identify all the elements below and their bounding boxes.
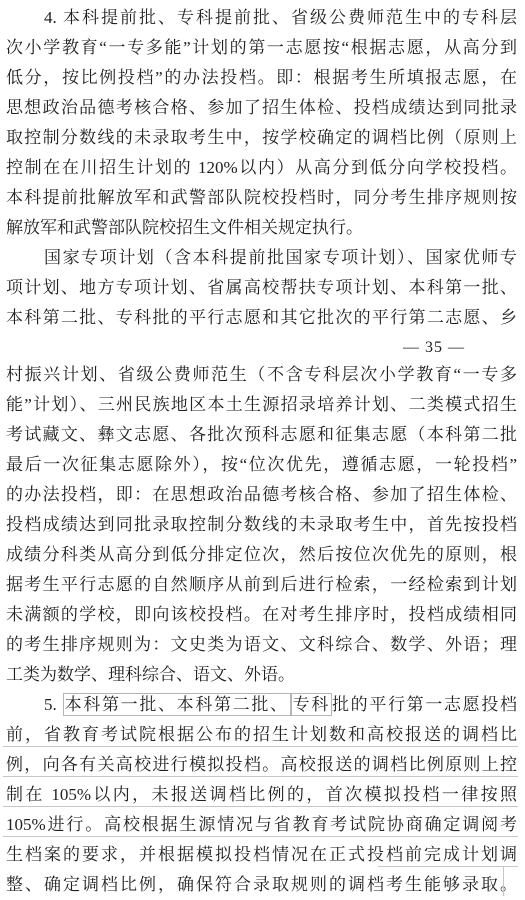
text-line: 成绩分科类从高分到低分排定位次，然后按位次优先的原则，根 xyxy=(6,540,517,570)
page-36-text-block: 村振兴计划、省级公费师范生（不含专科层次小学教育“一专多能”计划）、三州民族地区… xyxy=(6,360,517,900)
text-segment: 批的平行第一志愿投档 xyxy=(332,695,517,714)
text-line: 例，向各有关高校进行模拟投档。高校报送的调档比例原则上控 xyxy=(6,750,517,780)
text-line: 的办法投档，即：在思想政治品德考核合格、参加了招生体检、 xyxy=(6,480,517,510)
text-line: 最后一次征集志愿除外），按“位次优先，遵循志愿，一轮投档” xyxy=(6,450,517,480)
text-line: 投档成绩达到同批录取控制分数线的未录取考生中，首先按投档 xyxy=(6,510,517,540)
text-line: 4. 本科提前批、专科提前批、省级公费师范生中的专科层 xyxy=(6,3,517,33)
text-line: 105%进行。高校根据生源情况与省教育考试院协商确定调阅考 xyxy=(6,810,517,840)
text-line: 国家专项计划（含本科提前批国家专项计划）、国家优师专 xyxy=(6,243,517,273)
text-line: 次小学教育“一专多能”计划的第一志愿按“根据志愿，从高分到 xyxy=(6,33,517,63)
text-line: 制在 105%以内，未报送调档比例的，首次模拟投档一律按照 xyxy=(6,780,517,810)
text-line: 思想政治品德考核合格、参加了招生体检、投档成绩达到同批录 xyxy=(6,93,517,123)
text-line: 控制在在川招生计划的 120%以内）从高分到低分向学校投档。 xyxy=(6,153,517,183)
text-line: 考试藏文、彝文志愿、各批次预科志愿和征集志愿（本科第二批 xyxy=(6,420,517,450)
text-segment: 5. xyxy=(44,695,63,714)
text-line: 未满额的学校，即向该校投档。在对考生排序时，投档成绩相同 xyxy=(6,600,517,630)
text-line: 前，省教育考试院根据公布的招生计划数和高校报送的调档比 xyxy=(6,720,517,750)
highlight-box: 本科第一批、本科第二批、 xyxy=(63,693,291,716)
text-line: 取控制分数线的未录取考生中，按学校确定的调档比例（原则上 xyxy=(6,123,517,153)
text-line: 解放军和武警部队院校招生文件相关规定执行。 xyxy=(6,213,517,243)
text-line: 工类为数学、理科综合、语文、外语。 xyxy=(6,660,517,690)
text-line: 的考生排序规则为：文史类为语文、文科综合、数学、外语；理 xyxy=(6,630,517,660)
highlight-box: 专科 xyxy=(291,693,332,716)
page-35-text-block: 4. 本科提前批、专科提前批、省级公费师范生中的专科层次小学教育“一专多能”计划… xyxy=(6,3,517,333)
text-line: 5. 本科第一批、本科第二批、专科批的平行第一志愿投档 xyxy=(6,690,517,720)
text-line: 本科提前批解放军和武警部队院校投档时，同分考生排序规则按 xyxy=(6,183,517,213)
text-line: 低分，按比例投档”的办法投档。即：根据考生所填报志愿，在 xyxy=(6,63,517,93)
text-line: 据考生平行志愿的自然顺序从前到后进行检索，一经检索到计划 xyxy=(6,570,517,600)
text-line: 整、确定调档比例，确保符合录取规则的调档考生能够录取。 xyxy=(6,870,517,900)
text-line: 能”计划）、三州民族地区本土生源招录培养计划、二类模式招生 xyxy=(6,390,517,420)
text-line: 村振兴计划、省级公费师范生（不含专科层次小学教育“一专多 xyxy=(6,360,517,390)
document-page: 4. 本科提前批、专科提前批、省级公费师范生中的专科层次小学教育“一专多能”计划… xyxy=(0,0,525,900)
page-number: — 35 — xyxy=(6,336,465,360)
text-line: 项计划、地方专项计划、省属高校帮扶专项计划、本科第一批、 xyxy=(6,273,517,303)
text-line: 本科第二批、专科批的平行志愿和其它批次的平行第二志愿、乡 xyxy=(6,303,517,333)
text-line: 生档案的要求，并根据模拟投档情况在正式投档前完成计划调 xyxy=(6,840,517,870)
